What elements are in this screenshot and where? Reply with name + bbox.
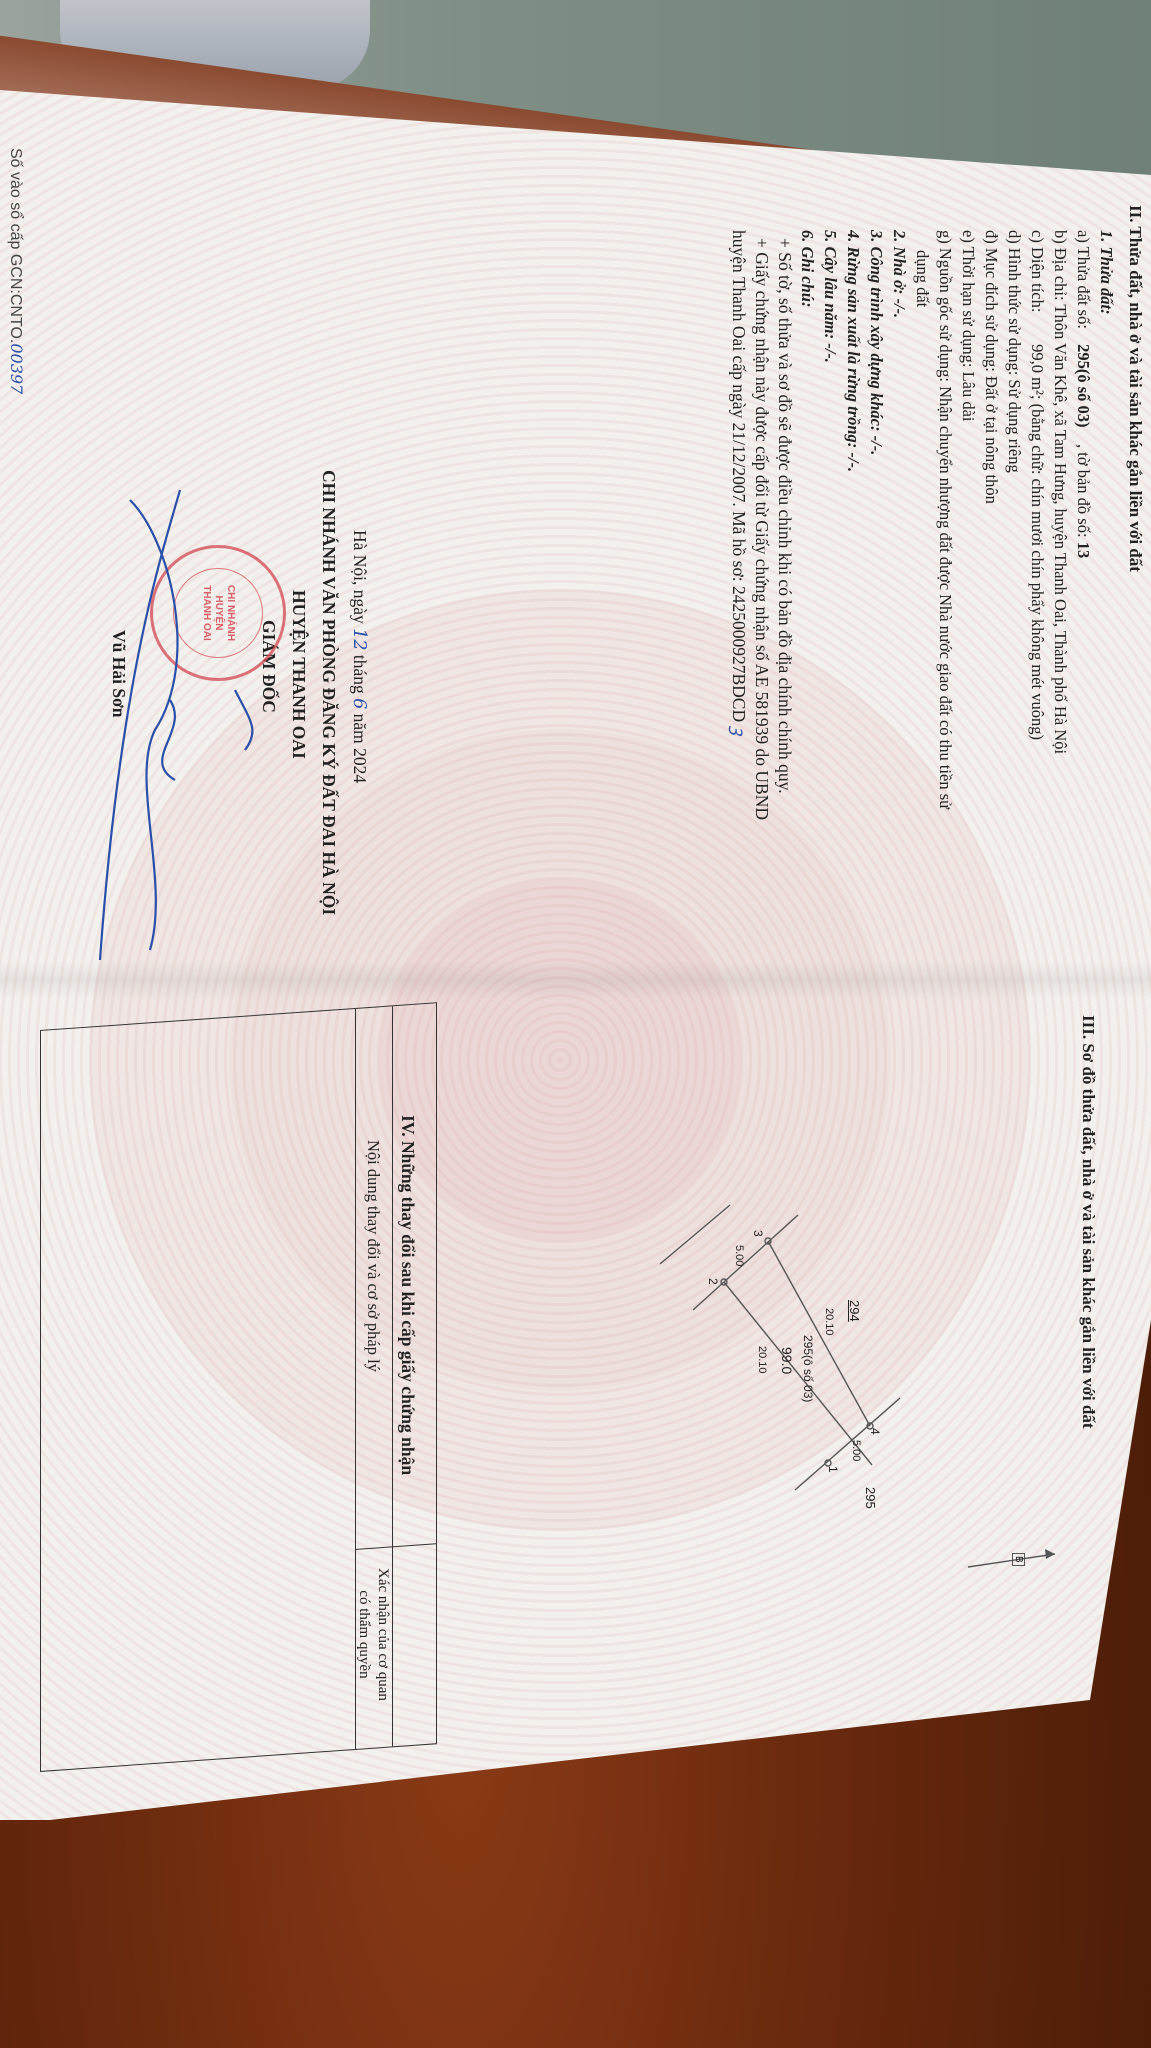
section-iv-title: IV. Những thay đổi sau khi cấp giấy chứn… [397, 1115, 418, 1475]
edge-short-b: 5.00 [850, 1440, 862, 1461]
section-iv-col2-line2: có thẩm quyền [354, 1568, 373, 1701]
point-2: 2 [706, 1278, 720, 1285]
section-iv-col2-line1: Xác nhận của cơ quan [373, 1568, 392, 1701]
neighbor-north: 294 [847, 1300, 862, 1322]
edge-long-a: 20.10 [823, 1308, 835, 1336]
parcel-id-label: 295(ô số 03) [801, 1335, 815, 1402]
certificate-paper: II. Thửa đất, nhà ở và tài sản khác gắn … [0, 0, 1151, 2048]
neighbor-south: 295 [863, 1487, 878, 1509]
section-iv-col1: Nội dung thay đổi và cơ sở pháp lý [363, 1140, 383, 1372]
point-4: 4 [868, 1428, 882, 1435]
parcel-area-label: 99.0 [779, 1347, 795, 1374]
point-3: 3 [751, 1230, 765, 1237]
north-arrow-label: B [1012, 1553, 1025, 1566]
edge-long-b: 20.10 [756, 1346, 768, 1374]
section-iv-col2: Xác nhận của cơ quan có thẩm quyền [354, 1568, 392, 1701]
edge-short-a: 5.00 [733, 1245, 745, 1266]
point-1: 1 [826, 1466, 840, 1473]
